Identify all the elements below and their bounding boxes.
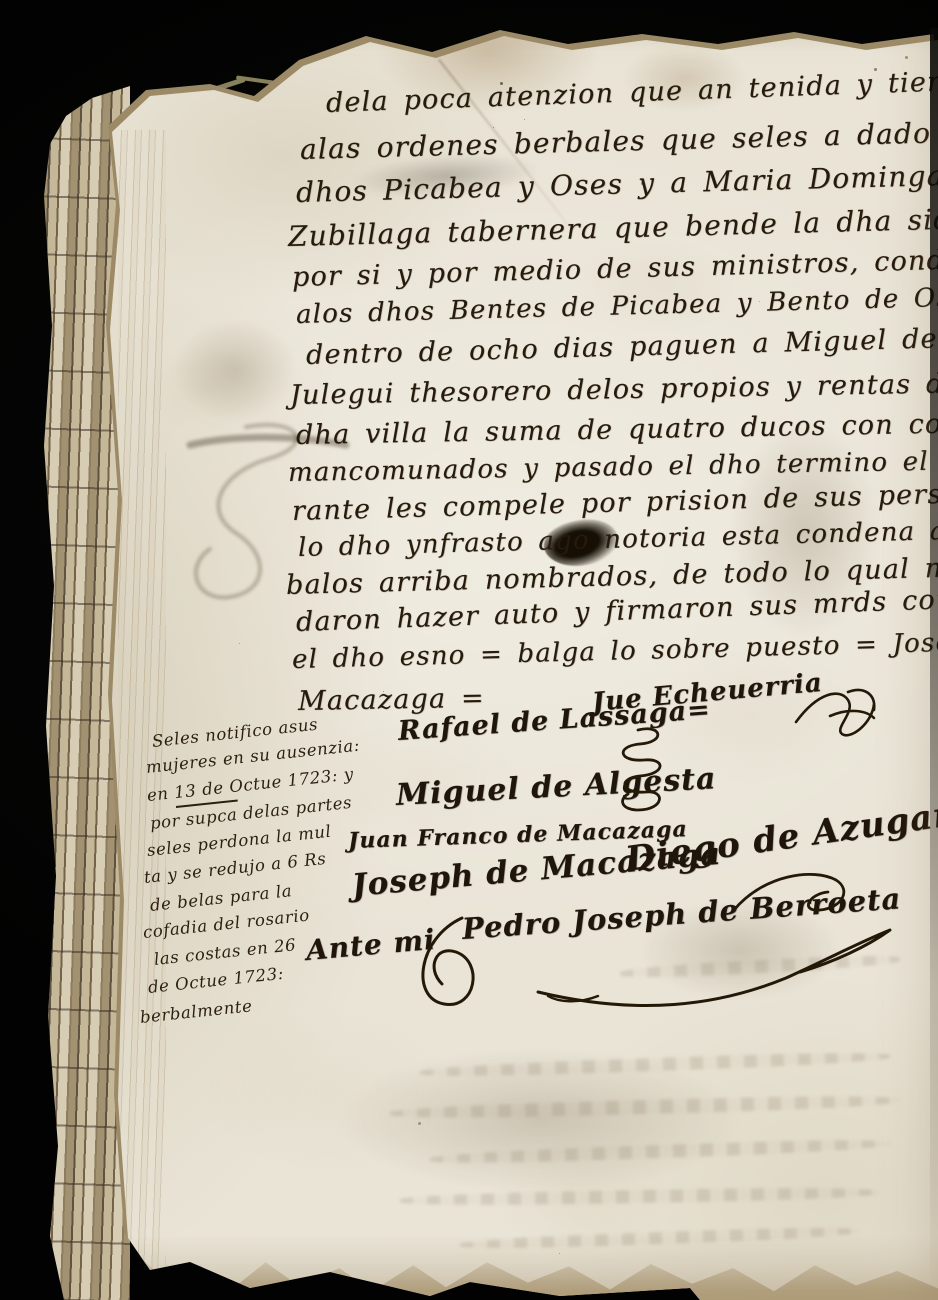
binding-striations (118, 130, 166, 1270)
signature-joseph-macazaga: Joseph de Macazaga (350, 836, 722, 904)
ink-blot (540, 512, 623, 575)
manuscript-line: dela poca atenzion que an tenida y tiene… (325, 65, 938, 119)
ink-showthrough (600, 880, 880, 1020)
margin-note-line: por supca delas partes (149, 793, 353, 833)
margin-date-underline (176, 800, 238, 808)
manuscript-line: daron hazer auto y firmaron sus mrds con… (295, 582, 938, 638)
manuscript-line: alos dhos Bentes de Picabea y Bento de O… (296, 280, 938, 330)
margin-note-line: ta y se redujo a 6 Rs (143, 849, 327, 887)
frayed-thread (236, 75, 274, 84)
paper-mottling (0, 0, 938, 1300)
ghost-text-line (390, 1093, 900, 1120)
gutter-shadow (930, 28, 938, 1300)
paper-crease (438, 59, 572, 230)
margin-note-line: berbalmente (139, 996, 253, 1027)
ink-smudge (316, 139, 574, 213)
showthrough-figure-eight (150, 415, 360, 615)
page-number: 11 (252, 44, 282, 73)
ink-showthrough (700, 380, 910, 680)
ghost-text-line (620, 953, 900, 981)
azugaray-flourish (726, 862, 856, 922)
ghost-text-line (420, 1050, 890, 1079)
signature-algesta: Miguel de Algesta (395, 761, 717, 813)
signature-lassaga: Rafael de Lassaga= (397, 694, 712, 747)
torn-bottom-edge (118, 1242, 938, 1300)
margin-note-line: de Octue 1723: (147, 964, 285, 997)
manuscript-line: alas ordenes berbales que seles a dado a… (300, 114, 938, 166)
signature-ante-mi: Ante mi (305, 923, 437, 967)
ghost-text-line (460, 1225, 860, 1251)
manuscript-line: Julegui thesorero delos propios y rentas… (290, 368, 938, 411)
margin-note-line: mujeres en su ausenzia: (145, 736, 361, 777)
margin-note-line: cofadia del rosario (142, 906, 311, 942)
ink-showthrough (260, 1020, 820, 1220)
echeverria-rubric (790, 682, 882, 744)
ghost-text-line (430, 1137, 890, 1166)
manuscript-line: dentro de ocho dias paguen a Miguel de O… (306, 321, 938, 371)
ink-specks (0, 0, 3, 3)
loop-stack-rubric (604, 722, 668, 822)
signature-diego-azugaray: Diego de Azugaray (623, 788, 938, 879)
manuscript-photo: 11 dela poca atenzion que an tenida y ti… (0, 0, 938, 1300)
manuscript-line: dha villa la suma de quatro ducos con co… (296, 408, 938, 451)
ghost-text-line (400, 1186, 880, 1207)
manuscript-line: el dho esno = balga lo sobre puesto = Jo… (292, 626, 938, 675)
margin-note-line: de belas para la (149, 881, 293, 915)
margin-note-line: Seles notifico asus (151, 715, 319, 751)
berroeta-flourish (398, 900, 918, 1020)
signature-juan-francisco-macazaga: Juan Franco de Macazaga (348, 816, 689, 854)
manuscript-line: dhos Picabea y Oses y a Maria Dominga de (296, 158, 938, 209)
manuscript-page: 11 dela poca atenzion que an tenida y ti… (0, 0, 938, 1300)
margin-note-line: seles perdona la mul (146, 822, 332, 860)
ink-showthrough (150, 300, 320, 440)
signature-berroeta: Pedro Joseph de Berroeta (461, 881, 902, 946)
manuscript-line: rante les compele por prision de sus per… (292, 476, 938, 527)
manuscript-line: lo dho ynfrasto ago notoria esta condena… (298, 516, 938, 563)
manuscript-line: Macazaga = (298, 683, 485, 717)
margin-note-line: las costas en 26 (153, 935, 297, 969)
signature-echeverria: Jue Echeuerria (591, 668, 824, 718)
manuscript-line: mancomunados y pasado el dho termino el … (288, 445, 938, 488)
manuscript-line: por si y por medio de sus ministros, con… (292, 243, 938, 293)
margin-note-line: en 13 de Octue 1723: y (146, 764, 355, 805)
manuscript-line: balos arriba nombrados, de todo lo qual … (286, 552, 938, 601)
manuscript-line: Zubillaga tabernera que bende la dha sid… (288, 202, 938, 253)
